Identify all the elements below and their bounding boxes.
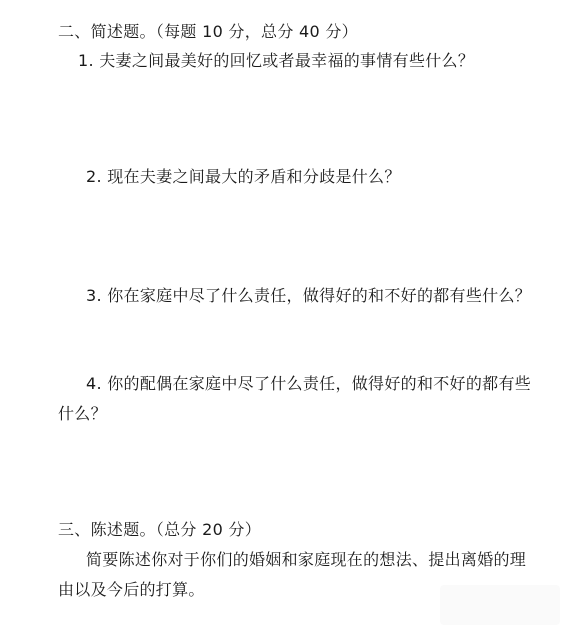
section-3-heading: 三、陈述题。（总分 20 分）	[58, 520, 261, 540]
section-2-heading: 二、简述题。（每题 10 分，总分 40 分）	[58, 22, 358, 42]
question-2: 2. 现在夫妻之间最大的矛盾和分歧是什么？	[86, 167, 401, 187]
question-4-line-1: 4. 你的配偶在家庭中尽了什么责任，做得好的和不好的都有些	[86, 374, 531, 394]
section-3-body-line-1: 简要陈述你对于你们的婚姻和家庭现在的想法、提出离婚的理	[86, 550, 526, 570]
question-4-line-2: 什么？	[58, 404, 107, 424]
question-1: 1. 夫妻之间最美好的回忆或者最幸福的事情有些什么？	[78, 51, 474, 71]
question-3: 3. 你在家庭中尽了什么责任，做得好的和不好的都有些什么？	[86, 286, 531, 306]
watermark	[440, 585, 560, 625]
section-3-body-line-2: 由以及今后的打算。	[58, 580, 205, 600]
